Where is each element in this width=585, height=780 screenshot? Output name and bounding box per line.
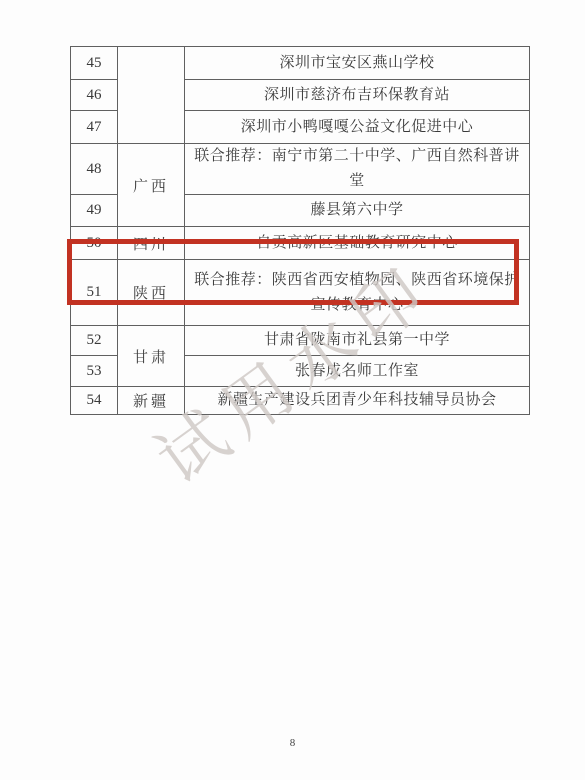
row-number-cell: 47 — [71, 111, 118, 144]
table-row: 48 广西 联合推荐：南宁市第二十中学、广西自然科普讲堂 — [71, 144, 530, 195]
table-row: 54 新疆 新疆生产建设兵团青少年科技辅导员协会 — [71, 387, 530, 415]
award-table: 45 深圳市宝安区燕山学校 46 深圳市慈济布吉环保教育站 47 深圳市小鸭嘎嘎… — [70, 46, 530, 415]
row-number-cell: 49 — [71, 195, 118, 227]
page-number: 8 — [0, 737, 585, 749]
org-cell: 深圳市小鸭嘎嘎公益文化促进中心 — [185, 111, 530, 144]
table-row: 50 四川 自贡高新区基础教育研究中心 — [71, 227, 530, 260]
row-number-cell: 54 — [71, 387, 118, 415]
row-number-cell: 50 — [71, 227, 118, 260]
document-page: 45 深圳市宝安区燕山学校 46 深圳市慈济布吉环保教育站 47 深圳市小鸭嘎嘎… — [0, 0, 585, 780]
row-number-cell: 46 — [71, 80, 118, 111]
org-cell: 自贡高新区基础教育研究中心 — [185, 227, 530, 260]
row-number-cell: 52 — [71, 326, 118, 356]
row-number-cell: 53 — [71, 356, 118, 387]
row-number-cell: 45 — [71, 47, 118, 80]
province-cell — [118, 47, 185, 144]
org-cell: 联合推荐：南宁市第二十中学、广西自然科普讲堂 — [185, 144, 530, 195]
table-row: 52 甘肃 甘肃省陇南市礼县第一中学 — [71, 326, 530, 356]
org-cell: 张春成名师工作室 — [185, 356, 530, 387]
row-number-cell: 51 — [71, 260, 118, 326]
table-row: 45 深圳市宝安区燕山学校 — [71, 47, 530, 80]
province-cell: 新疆 — [118, 387, 185, 415]
org-cell: 深圳市宝安区燕山学校 — [185, 47, 530, 80]
org-cell: 新疆生产建设兵团青少年科技辅导员协会 — [185, 387, 530, 415]
org-cell: 藤县第六中学 — [185, 195, 530, 227]
province-cell: 甘肃 — [118, 326, 185, 387]
org-cell: 联合推荐：陕西省西安植物园、陕西省环境保护宣传教育中心 — [185, 260, 530, 326]
province-cell: 广西 — [118, 144, 185, 227]
province-cell: 陕西 — [118, 260, 185, 326]
table-row-highlighted: 51 陕西 联合推荐：陕西省西安植物园、陕西省环境保护宣传教育中心 — [71, 260, 530, 326]
row-number-cell: 48 — [71, 144, 118, 195]
org-cell: 深圳市慈济布吉环保教育站 — [185, 80, 530, 111]
province-cell: 四川 — [118, 227, 185, 260]
org-cell: 甘肃省陇南市礼县第一中学 — [185, 326, 530, 356]
